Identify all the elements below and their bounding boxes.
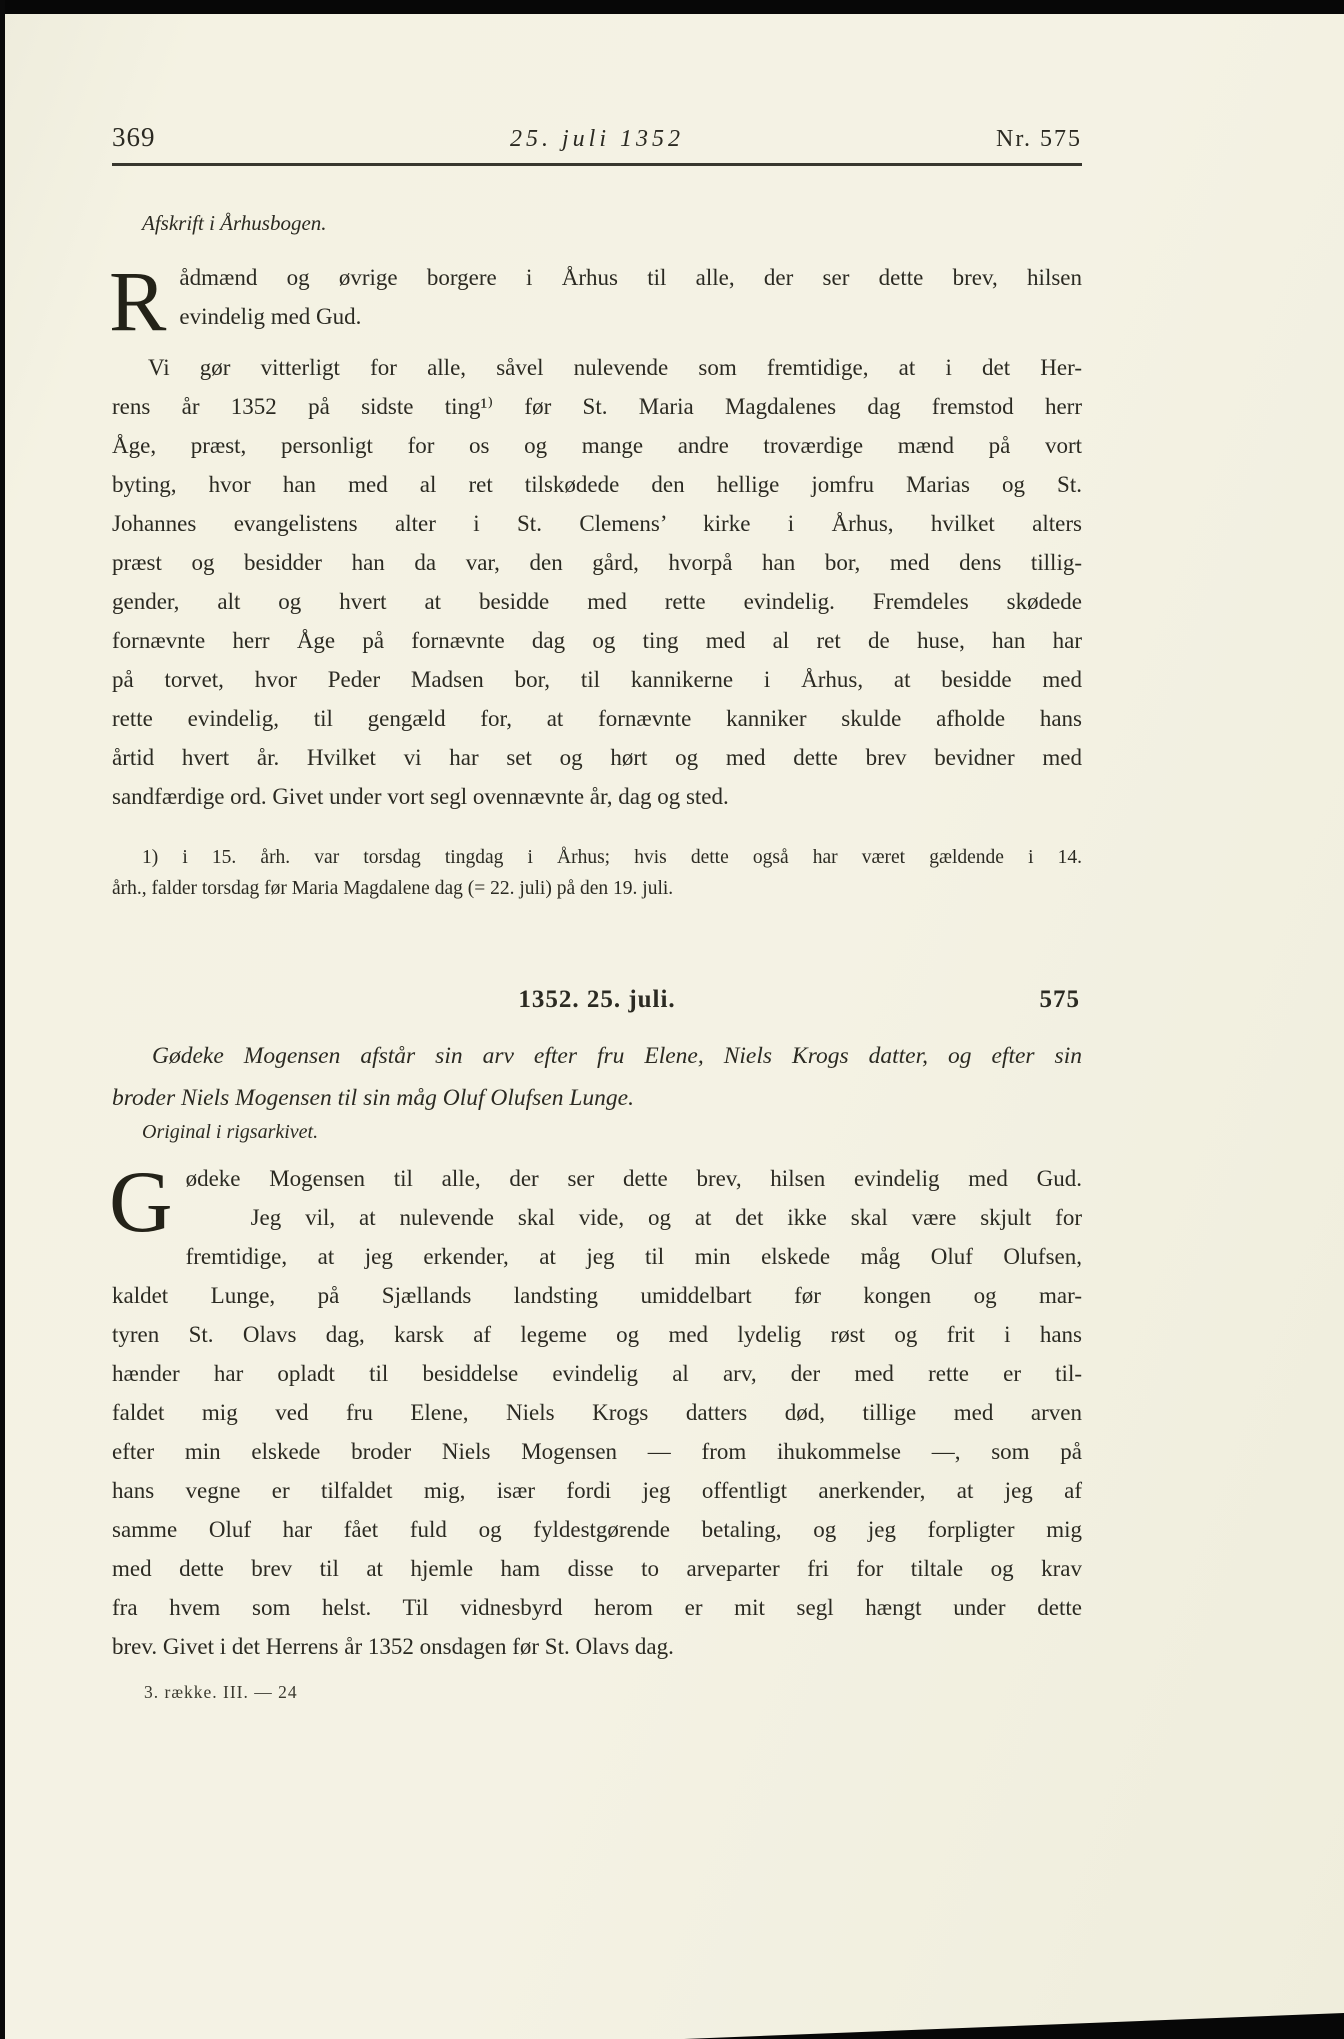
text-line: rette evindelig, til gengæld for, at for…	[112, 699, 1082, 738]
text-line: fremtidige, at jeg erkender, at jeg til …	[112, 1237, 1082, 1276]
second-entry-body-lines: ødeke Mogensen til alle, der ser dette b…	[112, 1159, 1082, 1666]
text-line: rens år 1352 på sidste ting¹⁾ før St. Ma…	[112, 387, 1082, 426]
text-line: evindelig med Gud.	[112, 297, 1082, 336]
text-line: årtid hvert år. Hvilket vi har set og hø…	[112, 738, 1082, 777]
text-line: Gødeke Mogensen afstår sin arv efter fru…	[112, 1035, 1082, 1077]
first-entry-opening-lines: ådmænd og øvrige borgere i Århus til all…	[112, 258, 1082, 336]
text-line: årh., falder torsdag før Maria Magdalene…	[112, 873, 1082, 904]
series-signature: 3. række. III. — 24	[144, 1682, 1082, 1703]
second-entry-summary: Gødeke Mogensen afstår sin arv efter fru…	[112, 1035, 1082, 1119]
second-entry-heading-date: 1352. 25. juli.	[112, 986, 1082, 1014]
text-line: Johannes evangelistens alter i St. Cleme…	[112, 504, 1082, 543]
first-entry-source-note: Afskrift i Århusbogen.	[142, 210, 1082, 236]
second-entry-heading: 1352. 25. juli. 575	[112, 986, 1082, 1017]
text-line: på torvet, hvor Peder Madsen bor, til ka…	[112, 660, 1082, 699]
scan-bottom-right-border	[684, 2013, 1344, 2039]
text-line: fra hvem som helst. Til vidnesbyrd herom…	[112, 1588, 1082, 1627]
text-line: efter min elskede broder Niels Mogensen …	[112, 1432, 1082, 1471]
second-entry-number: 575	[1040, 986, 1081, 1014]
page-number: 369	[112, 120, 156, 154]
text-line: byting, hvor han med al ret tilskødede d…	[112, 465, 1082, 504]
text-line: hans vegne er tilfaldet mig, især fordi …	[112, 1471, 1082, 1510]
first-entry-drop-cap: R	[109, 263, 166, 339]
first-entry-footnote: 1) i 15. årh. var torsdag tingdag i Århu…	[112, 842, 1082, 904]
text-line: Åge, præst, personligt for os og mange a…	[112, 426, 1082, 465]
text-line: præst og besidder han da var, den gård, …	[112, 543, 1082, 582]
text-line: fornævnte herr Åge på fornævnte dag og t…	[112, 621, 1082, 660]
first-entry-opening-paragraph: R ådmænd og øvrige borgere i Århus til a…	[112, 258, 1082, 336]
text-line: samme Oluf har fået fuld og fyldestgøren…	[112, 1510, 1082, 1549]
second-entry-source-note: Original i rigsarkivet.	[142, 1119, 1082, 1145]
first-entry-body-paragraph: Vi gør vitterligt for alle, såvel nuleve…	[112, 348, 1082, 816]
text-line: Jeg vil, at nulevende skal vide, og at d…	[112, 1198, 1082, 1237]
text-line: hænder har opladt til besiddelse evindel…	[112, 1354, 1082, 1393]
text-line: 1) i 15. årh. var torsdag tingdag i Århu…	[112, 842, 1082, 873]
book-page-scan: 369 25. juli 1352 Nr. 575 Afskrift i Årh…	[0, 0, 1344, 2039]
text-line: brev. Givet i det Herrens år 1352 onsdag…	[112, 1627, 1082, 1666]
text-line: ådmænd og øvrige borgere i Århus til all…	[112, 258, 1082, 297]
text-line: tyren St. Olavs dag, karsk af legeme og …	[112, 1315, 1082, 1354]
running-head: 369 25. juli 1352 Nr. 575	[112, 120, 1082, 166]
page-content: 369 25. juli 1352 Nr. 575 Afskrift i Årh…	[112, 0, 1082, 1703]
text-line: kaldet Lunge, på Sjællands landsting umi…	[112, 1276, 1082, 1315]
second-entry-body-paragraph: G ødeke Mogensen til alle, der ser dette…	[112, 1159, 1082, 1666]
text-line: Vi gør vitterligt for alle, såvel nuleve…	[112, 348, 1082, 387]
text-line: ødeke Mogensen til alle, der ser dette b…	[112, 1159, 1082, 1198]
text-line: faldet mig ved fru Elene, Niels Krogs da…	[112, 1393, 1082, 1432]
running-head-date: 25. juli 1352	[510, 122, 684, 156]
running-head-entry-number: Nr. 575	[996, 122, 1082, 156]
text-line: med dette brev til at hjemle ham disse t…	[112, 1549, 1082, 1588]
scan-left-border	[0, 0, 5, 2039]
text-line: broder Niels Mogensen til sin måg Oluf O…	[112, 1077, 1082, 1119]
text-line: gender, alt og hvert at besidde med rett…	[112, 582, 1082, 621]
second-entry-drop-cap: G	[109, 1165, 173, 1241]
text-line: sandfærdige ord. Givet under vort segl o…	[112, 777, 1082, 816]
